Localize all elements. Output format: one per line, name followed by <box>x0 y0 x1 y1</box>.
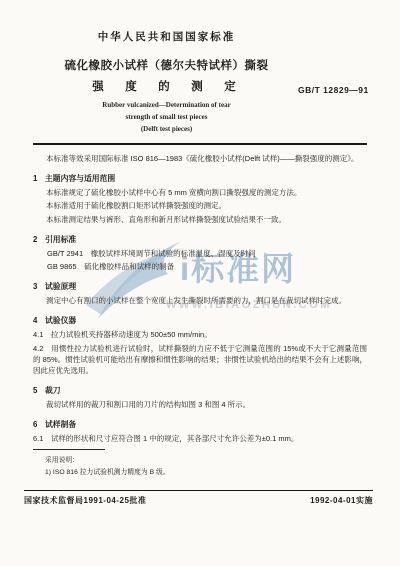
section-title: 试样制备 <box>45 420 76 429</box>
foreword-paragraph: 本标准等效采用国际标准 ISO 816—1983《硫化橡胶小试样(Delft 试… <box>33 153 367 164</box>
english-title-line2: strength of small test pieces <box>33 111 300 123</box>
section-title: 引用标准 <box>45 235 76 244</box>
english-title: Rubber vulcanized—Determination of tear … <box>33 99 300 135</box>
section-number: 6 <box>33 419 45 430</box>
standard-document-page: i标准网 WWW.IBIAOZHUN.COM 中华人民共和国国家标准 硫化橡胶小… <box>0 0 400 566</box>
implementation-date: 1992-04-01实施 <box>310 495 373 506</box>
document-title-line2: 强 度 的 测 定 <box>33 78 300 94</box>
section-title: 主题内容与适用范围 <box>45 174 115 183</box>
english-title-line1: Rubber vulcanized—Determination of tear <box>33 99 300 111</box>
section-number: 4 <box>33 315 45 326</box>
subclause-6-1: 6.1 试样的形状和尺寸应符合图 1 中的规定，其各部尺寸允许公差为±0.1 m… <box>33 433 367 444</box>
section-title: 试验原理 <box>45 282 76 291</box>
national-standard-header: 中华人民共和国国家标准 <box>33 29 300 44</box>
section-number: 3 <box>33 281 45 292</box>
section-number: 1 <box>33 173 45 184</box>
section-number: 2 <box>33 234 45 245</box>
approval-authority-date: 国家技术监督局1991-04-25批准 <box>24 495 146 506</box>
footnote-block: 采用说明： 1) ISO 816 拉力试验机测力精度为 B 级。 <box>33 449 367 479</box>
footnote-divider-rule <box>33 449 105 450</box>
document-title-line1: 硫化橡胶小试样（德尔夫特试样）撕裂 <box>33 57 300 73</box>
title-divider-rule <box>33 143 367 145</box>
footnote-label: 采用说明： <box>45 455 367 466</box>
subclause-4-1: 4.1 拉力试验机夹持器移动速度为 500±50 mm/min。 <box>33 329 367 340</box>
paragraph: 本标准测定结果与裤形、直角形和新月形试样撕裂强度试验结果不一致。 <box>33 214 367 225</box>
section-title: 试验仪器 <box>45 316 76 325</box>
english-title-line3: (Delft test pieces) <box>33 123 300 135</box>
subclause-4-2: 4.2 用惯性拉力试验机进行试验时，试样撕裂的力应不低于它测量范围的 15%或不… <box>33 343 367 376</box>
approval-footer: 国家技术监督局1991-04-25批准 1992-04-01实施 <box>24 490 373 506</box>
section-heading-4: 4试验仪器 <box>33 315 367 326</box>
referenced-standard: GB/T 2941 橡胶试样环境调节和试验的标准温度、湿度及时间 <box>47 248 367 259</box>
section-heading-2: 2引用标准 <box>33 234 367 245</box>
section-heading-3: 3试验原理 <box>33 281 367 292</box>
section-title: 裁刀 <box>45 386 61 395</box>
document-body: 本标准等效采用国际标准 ISO 816—1983《硫化橡胶小试样(Delft 试… <box>33 150 367 446</box>
section-heading-5: 5裁刀 <box>33 385 367 396</box>
paragraph: 裁切试样用的裁刀和割口用的刀片的结构如图 3 和图 4 所示。 <box>33 399 367 410</box>
standard-number: GB/T 12829—91 <box>298 85 372 95</box>
section-heading-1: 1主题内容与适用范围 <box>33 173 367 184</box>
paragraph: 测定中心有割口的小试样在整个宽度上发生撕裂时所需要的力，割口是在裁切试样时完成。 <box>33 295 367 306</box>
referenced-standards-list: GB/T 2941 橡胶试样环境调节和试验的标准温度、湿度及时间 GB 9865… <box>33 248 367 273</box>
paragraph: 本标准适用于硫化橡胶割口矩形试样撕裂强度的测定。 <box>33 200 367 211</box>
section-heading-6: 6试样制备 <box>33 419 367 430</box>
referenced-standard: GB 9865 硫化橡胶样品和试样的制备 <box>47 261 367 272</box>
footnote-item: 1) ISO 816 拉力试验机测力精度为 B 级。 <box>45 467 367 478</box>
section-number: 5 <box>33 385 45 396</box>
paragraph: 本标准规定了硫化橡胶小试样中心有 5 mm 宽横向割口撕裂强度的测定方法。 <box>33 187 367 198</box>
